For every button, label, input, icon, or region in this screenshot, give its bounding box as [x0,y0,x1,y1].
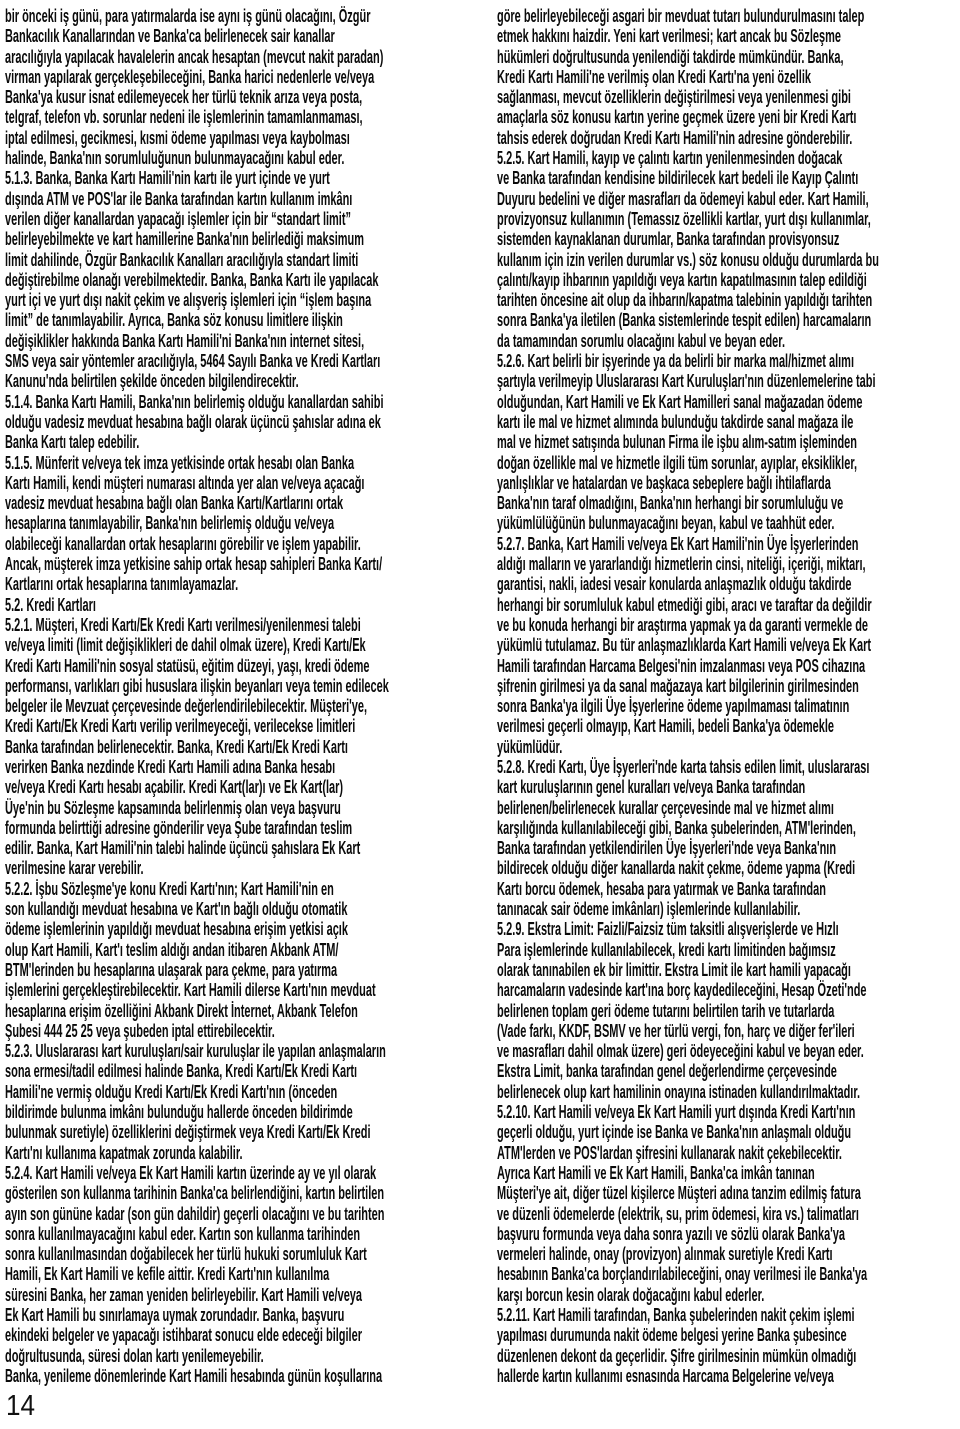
text-line: verilmesine karar verebilir. [5,858,465,878]
text-line: hesaplarına erişim özelliğini Akbank Dir… [5,1001,465,1021]
text-line: hükümleri doğrultusunda yenilendiği takd… [497,47,957,67]
text-line: kartı ile mal ve hizmet alımında bulundu… [497,412,957,432]
text-line: belirlenen toplam geri ödeme tutarını be… [497,1001,957,1021]
text-line: yanlışlıklar ve hatalardan ve başkaca se… [497,473,957,493]
text-line: da tamamından sorumlu olacağını kabul ve… [497,331,957,351]
text-line: Banka, yenileme dönemlerinde Kart Hamili… [5,1366,465,1386]
text-line: Duyuru bedelini ve diğer masrafları da ö… [497,189,957,209]
text-line: ve düzenli ödemelerde (elektrik, su, pri… [497,1204,957,1224]
text-line: hesaplarına tanımlayabilir, Banka'nın be… [5,513,465,533]
text-line: (Vade farkı, KKDF, BSMV ve her türlü ver… [497,1021,957,1041]
text-line: ATM'lerden ve POS'lardan şifresini kulla… [497,1143,957,1163]
text-line: herhangi bir sorumluluk kabul etmediği g… [497,595,957,615]
text-line: verirken Banka nezdinde Kredi Kartı Hami… [5,757,465,777]
text-line: belirlenen/belirlenecek kurallar çerçeve… [497,798,957,818]
text-line: karşılığında kullanılabileceği gibi, Ban… [497,818,957,838]
text-line: göre belirleyebileceği asgari bir mevdua… [497,6,957,26]
text-line: kullanım için izin verilen durumlar vs.)… [497,250,957,270]
text-line: 5.2.1. Müşteri, Kredi Kartı/Ek Kredi Kar… [5,615,465,635]
text-line: Kartı borcu ödemek, hesaba para yatırmak… [497,879,957,899]
text-line: olup Kart Hamili, Kart'ı teslim aldığı a… [5,940,465,960]
text-line: tanınacak sair ödeme imkânları) işlemler… [497,899,957,919]
text-line: vadesiz mevduat hesabına bağlı olan Bank… [5,493,465,513]
text-line: Banka tarafından belirlenecektir. Banka,… [5,737,465,757]
text-line: Hamili, Ek Kart Hamili ve kefile aittir.… [5,1264,465,1284]
text-line: kart kuruluşlarının genel kuralları ve/v… [497,777,957,797]
text-line: sonra Banka'ya iletilen (Banka sistemler… [497,310,957,330]
text-line: Müşteri'ye ait, diğer tüzel kişilerce Mü… [497,1183,957,1203]
text-line: son kullandığı mevduat hesabına ve Kart'… [5,899,465,919]
text-line: bir önceki iş günü, para yatırmalarda is… [5,6,465,26]
text-line: gösterilen son kullanma tarihinin Banka'… [5,1183,465,1203]
text-line: Para işlemlerinde kullanılabilecek, kred… [497,940,957,960]
text-line: bildirimde bulunma imkânı bulunduğu hall… [5,1102,465,1122]
text-line: ve Banka tarafından kendisine bildirilec… [497,168,957,188]
text-line: belgeler ile Mevzuat çerçevesinde değerl… [5,696,465,716]
text-line: Kredi Kartı Hamili'ne verilmiş olan Kred… [497,67,957,87]
text-line: telgraf, telefon vb. sorunlar nedeni ile… [5,107,465,127]
page-number: 14 [6,1390,35,1423]
text-line: sistemden kaynaklanan durumlar, Banka ta… [497,229,957,249]
text-line: Hamili tarafından Harcama Belgesi'nin im… [497,656,957,676]
text-line: limit” de tanımlayabilir. Ayrıca, Banka … [5,310,465,330]
text-line: 5.2.2. İşbu Sözleşme'ye konu Kredi Kartı… [5,879,465,899]
text-line: çalıntı/kayıp ihbarının yapıldığı veya k… [497,270,957,290]
text-line: Ekstra Limit, banka tarafından genel değ… [497,1061,957,1081]
text-line: Kredi Kartı Hamili'nin sosyal statüsü, e… [5,656,465,676]
text-line: Ancak, müşterek imza yetkisine sahip ort… [5,554,465,574]
text-line: Bankacılık Kanallarından ve Banka'ca bel… [5,26,465,46]
right-column: göre belirleyebileceği asgari bir mevdua… [497,6,957,1386]
text-line: doğan özellikle mal ve hizmetle ilgili t… [497,453,957,473]
text-line: virman yapılarak gerçekleşebileceğini, B… [5,67,465,87]
text-line: tarihten öncesine ait olup da ihbarın/ka… [497,290,957,310]
text-line: olduğundan, Kart Hamili ve Ek Kart Hamil… [497,392,957,412]
text-line: Kredi Kartı/Ek Kredi Kartı verilip veril… [5,716,465,736]
text-line: doğrultusunda, süresi dolan kartı yenile… [5,1346,465,1366]
text-line: yükümlüdür. [497,737,957,757]
text-line: Banka'ya kusur isnat edilemeyecek her tü… [5,87,465,107]
text-line: 5.2.6. Kart belirli bir işyerinde ya da … [497,351,957,371]
text-line: bildirecek olduğu diğer kanallarda nakit… [497,858,957,878]
text-line: olarak tanınabilen ek bir limittir. Ekst… [497,960,957,980]
text-line: olabileceği kanallardan ortak hesapların… [5,534,465,554]
text-line: verilen diğer kanallardan yapacağı işlem… [5,209,465,229]
text-line: yapılması durumunda nakit ödeme belgesi … [497,1325,957,1345]
text-line: 5.2.5. Kart Hamili, kayıp ve çalıntı kar… [497,148,957,168]
text-line: Ayrıca Kart Hamili ve Ek Kart Hamili, Ba… [497,1163,957,1183]
text-line: Ek Kart Hamili bu sınırlamaya uymak zoru… [5,1305,465,1325]
text-line: harcamaların vadesinde kart'ına borç kay… [497,980,957,1000]
text-line: amaçlarla söz konusu kartın yerine geçme… [497,107,957,127]
text-line: sona ermesi/tadil edilmesi halinde Banka… [5,1061,465,1081]
text-line: Kartı'nı kullanıma kapatmak zorunda kala… [5,1143,465,1163]
text-line: Kanunu'nda belirtilen şekilde önceden bi… [5,371,465,391]
text-line: verilmesi geçerli olmayıp, Kart Hamili, … [497,716,957,736]
text-line: belirleyebilmekte ve kart hamillerine Ba… [5,229,465,249]
text-line: ayın son gününe kadar (son gün dahildir)… [5,1204,465,1224]
text-line: Banka Kartı talep edebilir. [5,432,465,452]
text-line: mal ve hizmet satışında bulunan Firma il… [497,432,957,452]
text-line: aldığı malların ve yararlandığı hizmetle… [497,554,957,574]
text-line: etmek hakkını haizdir. Yeni kart verilme… [497,26,957,46]
text-line: provizyonsuz kullanımın (Temassız özelli… [497,209,957,229]
text-line: karşı borcun kesin olarak doğacağını kab… [497,1285,957,1305]
text-line: Banka tarafından yetkilendirilen Üye İşy… [497,838,957,858]
text-line: düzenlenen dekont da geçerlidir. Şifre g… [497,1346,957,1366]
text-line: ekindeki belgeler ve yapacağı istihbarat… [5,1325,465,1345]
text-line: SMS veya sair yöntemler aracılığıyla, 54… [5,351,465,371]
text-line: bulunmak suretiyle) özelliklerini değişt… [5,1122,465,1142]
text-line: 5.2. Kredi Kartları [5,595,465,615]
text-line: 5.2.11. Kart Hamili tarafından, Banka şu… [497,1305,957,1325]
text-line: ödeme işlemlerinin yapıldığı mevduat hes… [5,919,465,939]
text-line: Banka'nın taraf olmadığını, Banka'nın he… [497,493,957,513]
text-line: 5.1.5. Münferit ve/veya tek imza yetkisi… [5,453,465,473]
text-line: sonra kullanılmayacağını kabul eder. Kar… [5,1224,465,1244]
document-page: bir önceki iş günü, para yatırmalarda is… [0,0,960,1429]
text-line: limit dahilinde, Özgür Bankacılık Kanall… [5,250,465,270]
text-line: yurt içi ve yurt dışı nakit çekim ve alı… [5,290,465,310]
text-line: değiştirebilme olanağı verebilmektedir. … [5,270,465,290]
text-line: olduğu vadesiz mevduat hesabına bağlı ol… [5,412,465,432]
text-line: Kartı Hamili, kendi müşteri numarası alt… [5,473,465,493]
text-line: sağlanması, mevcut özelliklerin değiştir… [497,87,957,107]
text-line: Üye'nin bu Sözleşme kapsamında belirlenm… [5,798,465,818]
text-line: performansı, varlıkları gibi hususlara i… [5,676,465,696]
text-line: 5.2.4. Kart Hamili ve/veya Ek Kart Hamil… [5,1163,465,1183]
text-line: şifrenin girilmesi ya da sanal mağazaya … [497,676,957,696]
text-line: dışında ATM ve POS'lar ile Banka tarafın… [5,189,465,209]
text-line: iptal edilmesi, gecikmesi, kısmi ödeme y… [5,128,465,148]
text-line: tahsis ederek doğrudan Kredi Kartı Hamil… [497,128,957,148]
text-line: belirlenecek olup kart hamilinin onayına… [497,1082,957,1102]
text-line: 5.1.3. Banka, Banka Kartı Hamili'nin kar… [5,168,465,188]
text-line: yükümlülüğünün bulunmayacağını beyan, ka… [497,513,957,533]
text-line: BTM'lerinden bu hesaplarına ulaşarak par… [5,960,465,980]
text-line: geçerli olduğu, yurt içinde ise Banka ve… [497,1122,957,1142]
text-line: ve/veya limiti (limit değişiklikleri de … [5,635,465,655]
text-line: 5.1.4. Banka Kartı Hamili, Banka'nın bel… [5,392,465,412]
text-line: başvuru formunda veya daha sonra yazılı … [497,1224,957,1244]
text-line: 5.2.3. Uluslararası kart kuruluşları/sai… [5,1041,465,1061]
text-line: 5.2.7. Banka, Kart Hamili ve/veya Ek Kar… [497,534,957,554]
text-line: ve masrafları dahil olmak üzere) geri öd… [497,1041,957,1061]
text-line: yükümlü tutulamaz. Bu tür anlaşmazlıklar… [497,635,957,655]
text-line: hesabının Banka'ca borçlandırılabileceği… [497,1264,957,1284]
text-line: aracılığıyla yapılacak havalelerin ancak… [5,47,465,67]
text-line: 5.2.9. Ekstra Limit: Faizli/Faizsiz tüm … [497,919,957,939]
text-line: süresini Banka, her zaman yeniden belirl… [5,1285,465,1305]
text-line: vermeleri halinde, onay (provizyon) alın… [497,1244,957,1264]
text-line: 5.2.10. Kart Hamili ve/veya Ek Kart Hami… [497,1102,957,1122]
text-line: değişiklikler hakkında Banka Kartı Hamil… [5,331,465,351]
text-line: ve/veya Kredi Kartı hesabı açabilir. Kre… [5,777,465,797]
text-line: garantisi, nakli, iadesi vesair konulard… [497,574,957,594]
text-line: edilir. Banka, Kart Hamili'nin talebi ha… [5,838,465,858]
text-line: 5.2.8. Kredi Kartı, Üye İşyerleri'nde ka… [497,757,957,777]
text-line: halinde, Banka'nın sorumluluğunun bulunm… [5,148,465,168]
left-column: bir önceki iş günü, para yatırmalarda is… [5,6,465,1386]
text-line: sonra kullanılmasından doğabilecek her t… [5,1244,465,1264]
text-line: ve bu konuda herhangi bir araştırma yapm… [497,615,957,635]
text-line: formunda belirttiği adresine gönderilir … [5,818,465,838]
text-line: hallerde kartın kullanımı esnasında Harc… [497,1366,957,1386]
text-line: şartıyla verilmeyip Uluslararası Kart Ku… [497,371,957,391]
text-line: işlemlerini gerçekleştirebilecektir. Kar… [5,980,465,1000]
text-line: Hamili'ne vermiş olduğu Kredi Kartı/Ek K… [5,1082,465,1102]
text-line: sonra Banka'ya ilgili Üye İşyerlerine öd… [497,696,957,716]
text-line: Kartlarını ortak hesaplarına tanımlayama… [5,574,465,594]
text-line: Şubesi 444 25 25 veya şubeden iptal etti… [5,1021,465,1041]
